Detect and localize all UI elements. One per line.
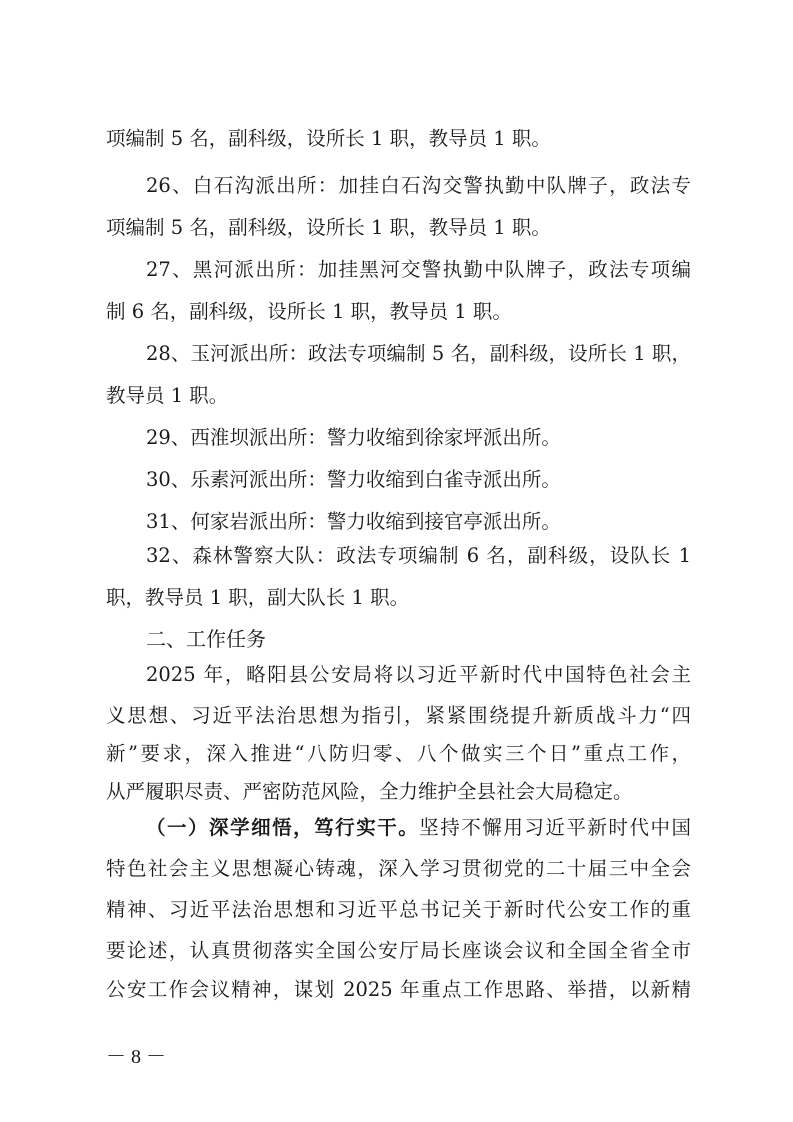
paragraph-line: 2025 年，略阳县公安局将以习近平新时代中国特色社会主 xyxy=(146,661,691,689)
text-line: 职，教导员 1 职，副大队长 1 职。 xyxy=(106,584,691,612)
section-heading: 二、工作任务 xyxy=(146,625,691,653)
list-item-31: 31、何家岩派出所：警力收缩到接官亭派出所。 xyxy=(146,508,691,536)
paragraph-line: 要论述，认真贯彻落实全国公安厅局长座谈会议和全国全省全市 xyxy=(106,937,691,965)
paragraph-line: 新”要求，深入推进“八防归零、八个做实三个日”重点工作， xyxy=(106,740,691,768)
subsection-text: 坚持不懈用习近平新时代中国 xyxy=(419,816,691,839)
text-line: 项编制 5 名，副科级，设所长 1 职，教导员 1 职。 xyxy=(106,125,691,153)
list-item-28: 28、玉河派出所：政法专项编制 5 名，副科级，设所长 1 职， xyxy=(146,340,691,368)
paragraph-line: 从严履职尽责、严密防范风险，全力维护全县社会大局稳定。 xyxy=(106,778,691,806)
list-item-26: 26、白石沟派出所：加挂白石沟交警执勤中队牌子，政法专 xyxy=(146,172,691,200)
list-item-32: 32、森林警察大队：政法专项编制 6 名，副科级，设队长 1 xyxy=(146,542,691,570)
paragraph-line: 精神、习近平法治思想和习近平总书记关于新时代公安工作的重 xyxy=(106,896,691,924)
text-line: 项编制 5 名，副科级，设所长 1 职，教导员 1 职。 xyxy=(106,214,691,242)
paragraph-line: 义思想、习近平法治思想为指引，紧紧围绕提升新质战斗力“四 xyxy=(106,702,691,730)
paragraph-line: 特色社会主义思想凝心铸魂，深入学习贯彻党的二十届三中全会 xyxy=(106,855,691,883)
page-number: － 8 － xyxy=(106,1040,166,1069)
list-item-30: 30、乐素河派出所：警力收缩到白雀寺派出所。 xyxy=(146,466,691,494)
subsection-paragraph: （一）深学细悟，笃行实干。坚持不懈用习近平新时代中国 xyxy=(146,814,691,842)
list-item-27: 27、黑河派出所：加挂黑河交警执勤中队牌子，政法专项编 xyxy=(146,256,691,284)
text-line: 制 6 名，副科级，设所长 1 职，教导员 1 职。 xyxy=(106,298,691,326)
list-item-29: 29、西淮坝派出所：警力收缩到徐家坪派出所。 xyxy=(146,424,691,452)
document-page: 项编制 5 名，副科级，设所长 1 职，教导员 1 职。 26、白石沟派出所：加… xyxy=(0,0,793,1122)
paragraph-line: 公安工作会议精神，谋划 2025 年重点工作思路、举措，以新精 xyxy=(106,976,691,1004)
text-line: 教导员 1 职。 xyxy=(106,382,691,410)
subsection-title: （一）深学细悟，笃行实干。 xyxy=(146,816,419,839)
